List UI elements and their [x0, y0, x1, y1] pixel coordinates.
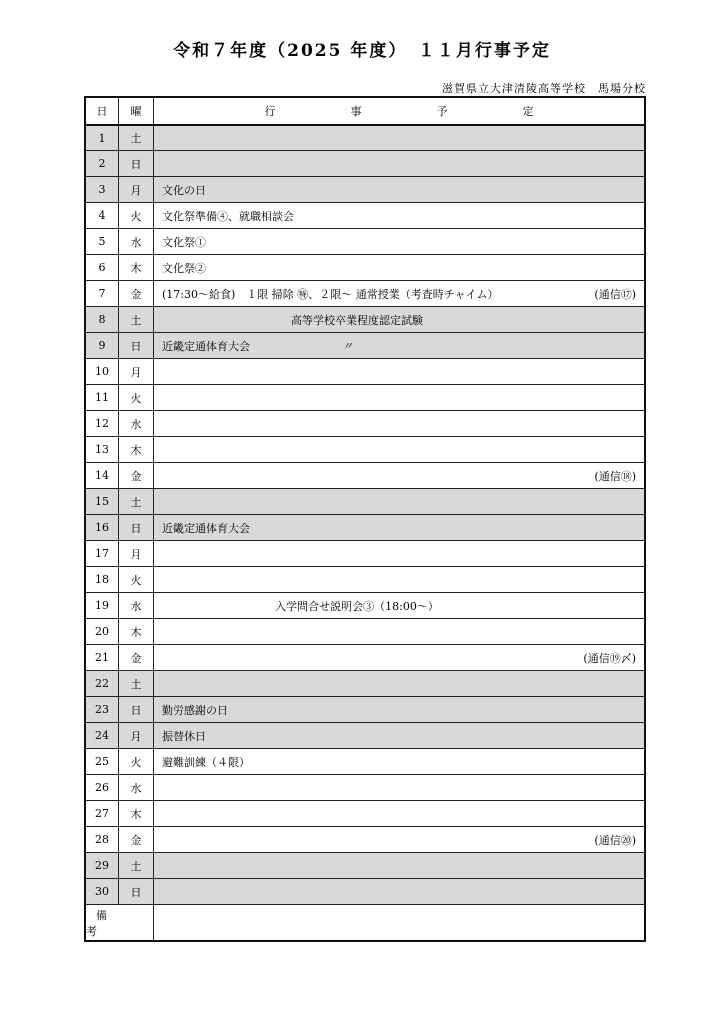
weekday-cell: 水	[119, 229, 154, 254]
event-cell: (通信⑳)	[154, 827, 644, 852]
day-cell: 17	[86, 541, 119, 566]
header-weekday: 曜	[119, 98, 154, 124]
day-cell: 22	[86, 671, 119, 696]
remarks-row: 備 考	[86, 904, 644, 940]
weekday-cell: 火	[119, 203, 154, 228]
remarks-label: 備 考	[86, 905, 154, 940]
tsushin-note: (通信⑱)	[594, 463, 636, 488]
weekday-cell: 金	[119, 463, 154, 488]
event-cell	[154, 879, 644, 904]
table-row: 22土	[86, 670, 644, 696]
table-row: 21金(通信⑲〆)	[86, 644, 644, 670]
table-row: 14金(通信⑱)	[86, 462, 644, 488]
table-row: 25火避難訓練（４限）	[86, 748, 644, 774]
event-text: 近畿定通体育大会	[162, 520, 250, 536]
event-text: 振替休日	[162, 728, 206, 744]
event-text: 近畿定通体育大会	[162, 338, 250, 354]
day-cell: 29	[86, 853, 119, 878]
day-cell: 7	[86, 281, 119, 306]
document-page: 令和７年度（2025 年度） １１月行事予定 滋賀県立大津清陵高等学校 馬場分校…	[0, 0, 724, 1024]
day-cell: 9	[86, 333, 119, 358]
table-row: 16日近畿定通体育大会	[86, 514, 644, 540]
event-text-centered: 高等学校卒業程度認定試験	[154, 307, 560, 332]
event-cell	[154, 126, 644, 150]
table-row: 28金(通信⑳)	[86, 826, 644, 852]
day-cell: 14	[86, 463, 119, 488]
day-cell: 25	[86, 749, 119, 774]
table-row: 4火文化祭準備④、就職相談会	[86, 202, 644, 228]
event-cell: 勤労感謝の日	[154, 697, 644, 722]
tsushin-note: (通信⑰)	[594, 281, 636, 306]
table-row: 17月	[86, 540, 644, 566]
day-cell: 4	[86, 203, 119, 228]
table-row: 29土	[86, 852, 644, 878]
event-cell: (17:30～給食) １限 掃除 ㊕、２限～ 通常授業（考査時チャイム）(通信⑰…	[154, 281, 644, 306]
table-row: 30日	[86, 878, 644, 904]
weekday-cell: 土	[119, 671, 154, 696]
event-cell: (通信⑲〆)	[154, 645, 644, 670]
event-cell: 近畿定通体育大会〃	[154, 333, 644, 358]
remarks-content-cell	[154, 905, 644, 940]
table-header-row: 日 曜 行事予定	[86, 98, 644, 124]
weekday-cell: 土	[119, 126, 154, 150]
weekday-cell: 月	[119, 359, 154, 384]
day-cell: 12	[86, 411, 119, 436]
event-text: 避難訓練（４限）	[162, 754, 250, 770]
school-name: 滋賀県立大津清陵高等学校 馬場分校	[84, 80, 646, 96]
day-cell: 26	[86, 775, 119, 800]
day-cell: 13	[86, 437, 119, 462]
tsushin-note: (通信⑳)	[594, 827, 636, 852]
weekday-cell: 日	[119, 697, 154, 722]
header-events-cell: 行事予定	[154, 98, 644, 124]
day-cell: 1	[86, 126, 119, 150]
event-cell: 振替休日	[154, 723, 644, 748]
tsushin-note: (通信⑲〆)	[583, 645, 636, 670]
weekday-cell: 日	[119, 333, 154, 358]
event-cell: 文化祭①	[154, 229, 644, 254]
day-cell: 2	[86, 151, 119, 176]
tsushin-note-text: (通信⑲〆)	[583, 650, 636, 666]
day-cell: 24	[86, 723, 119, 748]
event-cell	[154, 541, 644, 566]
weekday-cell: 日	[119, 151, 154, 176]
event-cell	[154, 411, 644, 436]
table-row: 20木	[86, 618, 644, 644]
weekday-cell: 火	[119, 749, 154, 774]
day-cell: 11	[86, 385, 119, 410]
event-cell	[154, 775, 644, 800]
day-cell: 27	[86, 801, 119, 826]
weekday-cell: 金	[119, 827, 154, 852]
day-cell: 18	[86, 567, 119, 592]
day-cell: 19	[86, 593, 119, 618]
event-text: 文化祭②	[162, 260, 206, 276]
table-row: 8土高等学校卒業程度認定試験	[86, 306, 644, 332]
event-text: 文化の日	[162, 182, 206, 198]
table-row: 26水	[86, 774, 644, 800]
event-cell	[154, 151, 644, 176]
weekday-cell: 金	[119, 281, 154, 306]
day-cell: 20	[86, 619, 119, 644]
event-cell	[154, 437, 644, 462]
day-cell: 5	[86, 229, 119, 254]
event-cell	[154, 801, 644, 826]
weekday-cell: 月	[119, 177, 154, 202]
table-row: 24月振替休日	[86, 722, 644, 748]
event-cell	[154, 385, 644, 410]
event-cell	[154, 489, 644, 514]
day-cell: 28	[86, 827, 119, 852]
header-day: 日	[86, 98, 119, 124]
weekday-cell: 月	[119, 723, 154, 748]
table-row: 7金(17:30～給食) １限 掃除 ㊕、２限～ 通常授業（考査時チャイム）(通…	[86, 280, 644, 306]
table-row: 5水文化祭①	[86, 228, 644, 254]
table-row: 1土	[86, 124, 644, 150]
table-row: 19水入学問合せ説明会③（18:00～）	[86, 592, 644, 618]
weekday-cell: 金	[119, 645, 154, 670]
weekday-cell: 火	[119, 567, 154, 592]
table-row: 10月	[86, 358, 644, 384]
weekday-cell: 土	[119, 307, 154, 332]
table-row: 12水	[86, 410, 644, 436]
schedule-table: 日 曜 行事予定 1土2日3月文化の日4火文化祭準備④、就職相談会5水文化祭①6…	[84, 96, 646, 942]
table-row: 9日近畿定通体育大会〃	[86, 332, 644, 358]
table-row: 6木文化祭②	[86, 254, 644, 280]
weekday-cell: 水	[119, 775, 154, 800]
event-cell	[154, 567, 644, 592]
weekday-cell: 土	[119, 853, 154, 878]
tsushin-note-text: (通信⑳)	[594, 832, 636, 848]
event-cell: 近畿定通体育大会	[154, 515, 644, 540]
weekday-cell: 月	[119, 541, 154, 566]
event-cell	[154, 853, 644, 878]
tsushin-note-text: (通信⑰)	[594, 286, 636, 302]
day-cell: 30	[86, 879, 119, 904]
ditto-mark: 〃	[342, 333, 353, 358]
event-cell: 文化祭②	[154, 255, 644, 280]
table-row: 11火	[86, 384, 644, 410]
table-row: 18火	[86, 566, 644, 592]
header-events: 行事予定	[154, 98, 644, 124]
weekday-cell: 木	[119, 255, 154, 280]
day-cell: 15	[86, 489, 119, 514]
table-row: 15土	[86, 488, 644, 514]
event-cell	[154, 619, 644, 644]
day-cell: 3	[86, 177, 119, 202]
event-text: 勤労感謝の日	[162, 702, 228, 718]
day-cell: 16	[86, 515, 119, 540]
event-cell: 高等学校卒業程度認定試験	[154, 307, 644, 332]
day-cell: 10	[86, 359, 119, 384]
table-row: 2日	[86, 150, 644, 176]
page-title: 令和７年度（2025 年度） １１月行事予定	[0, 40, 724, 62]
table-row: 27木	[86, 800, 644, 826]
weekday-cell: 日	[119, 515, 154, 540]
event-text: 文化祭準備④、就職相談会	[162, 208, 294, 224]
weekday-cell: 火	[119, 385, 154, 410]
event-cell	[154, 359, 644, 384]
event-cell: 文化の日	[154, 177, 644, 202]
day-cell: 6	[86, 255, 119, 280]
table-row: 13木	[86, 436, 644, 462]
event-text: 文化祭①	[162, 234, 206, 250]
schedule-rows: 1土2日3月文化の日4火文化祭準備④、就職相談会5水文化祭①6木文化祭②7金(1…	[86, 124, 644, 940]
weekday-cell: 木	[119, 437, 154, 462]
table-row: 23日勤労感謝の日	[86, 696, 644, 722]
event-text: (17:30～給食) １限 掃除 ㊕、２限～ 通常授業（考査時チャイム）	[162, 286, 498, 302]
weekday-cell: 水	[119, 411, 154, 436]
day-cell: 21	[86, 645, 119, 670]
event-cell: 入学問合せ説明会③（18:00～）	[154, 593, 644, 618]
tsushin-note-text: (通信⑱)	[594, 468, 636, 484]
day-cell: 23	[86, 697, 119, 722]
event-cell: 避難訓練（４限）	[154, 749, 644, 774]
event-cell: (通信⑱)	[154, 463, 644, 488]
weekday-cell: 日	[119, 879, 154, 904]
event-cell	[154, 671, 644, 696]
day-cell: 8	[86, 307, 119, 332]
weekday-cell: 土	[119, 489, 154, 514]
table-row: 3月文化の日	[86, 176, 644, 202]
weekday-cell: 水	[119, 593, 154, 618]
event-cell: 文化祭準備④、就職相談会	[154, 203, 644, 228]
event-text-centered: 入学問合せ説明会③（18:00～）	[154, 593, 560, 618]
weekday-cell: 木	[119, 619, 154, 644]
weekday-cell: 木	[119, 801, 154, 826]
